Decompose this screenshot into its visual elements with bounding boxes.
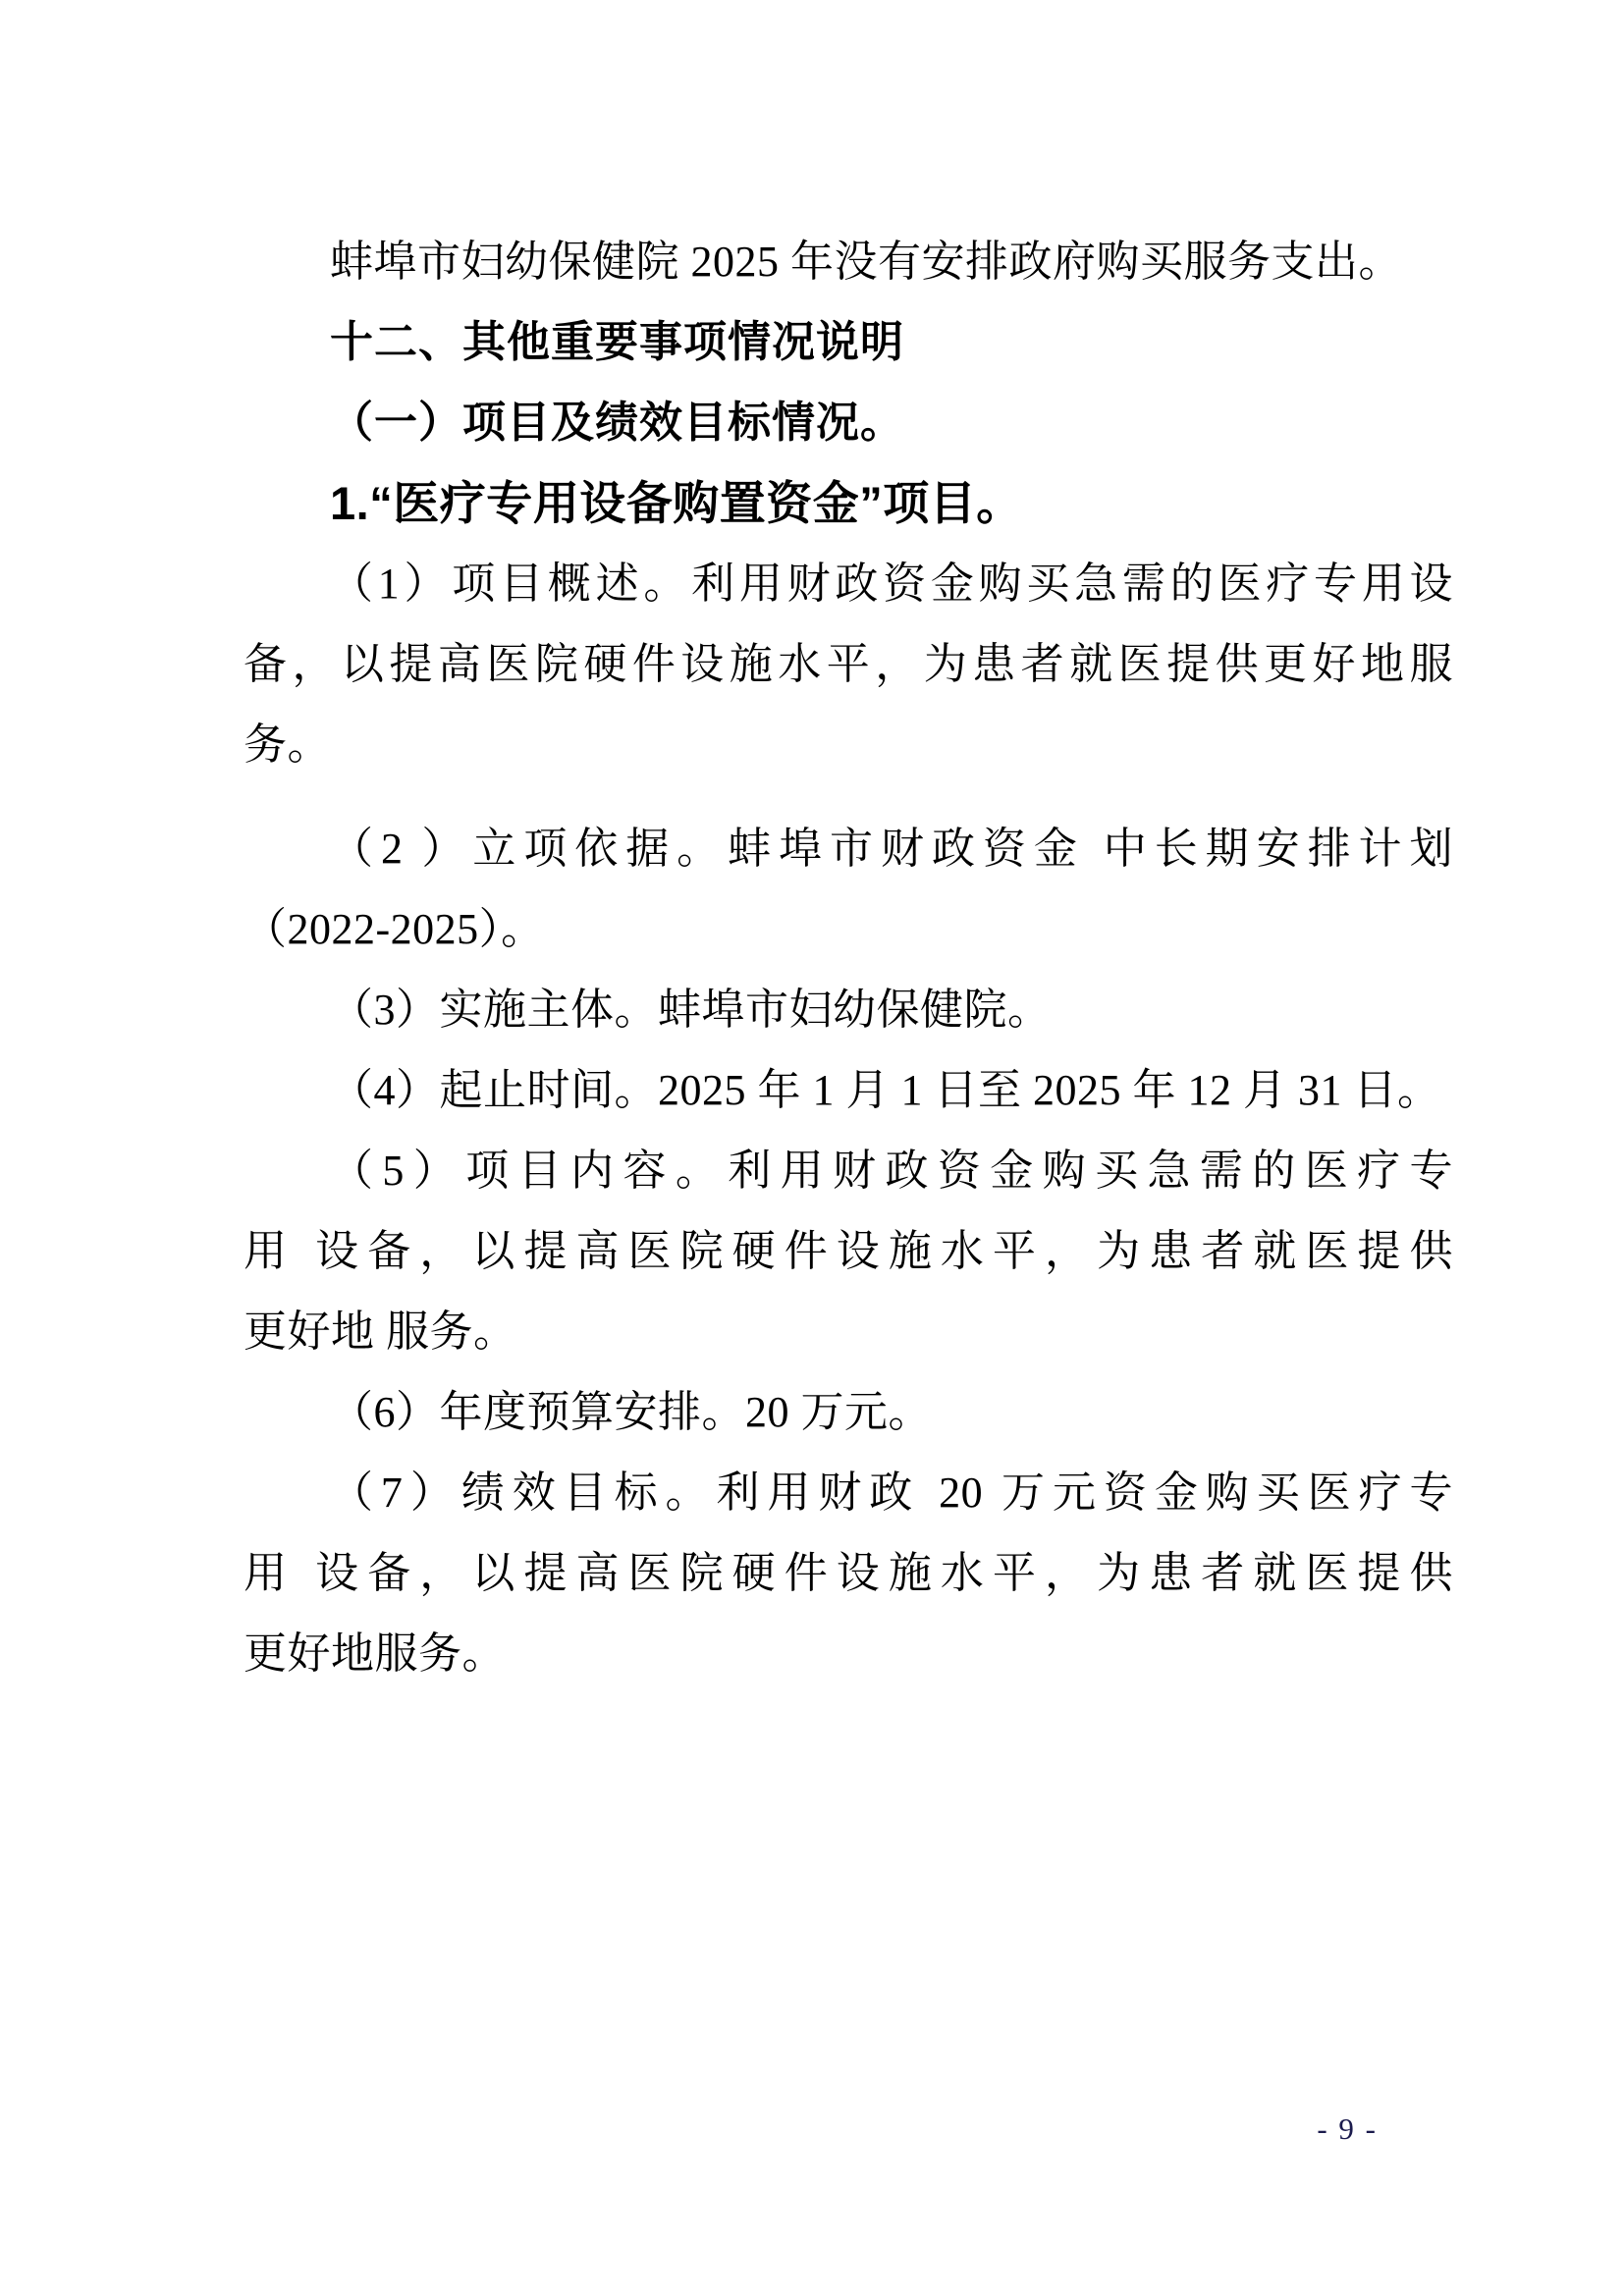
body-line: （1）项目概述。利用财政资金购买急需的医疗专用设: [244, 544, 1453, 624]
body-line: 蚌埠市妇幼保健院 2025 年没有安排政府购买服务支出。: [244, 222, 1453, 302]
project-heading: 1.“医疗专用设备购置资金”项目。: [244, 463, 1453, 544]
body-line: （2022-2025）。: [244, 889, 1453, 970]
body-line: 用 设备，以提高医院硬件设施水平，为患者就医提供: [244, 1211, 1453, 1292]
page-number: - 9 -: [1317, 2107, 1378, 2152]
subsection-heading: （一）项目及绩效目标情况。: [244, 383, 1453, 463]
body-line: （6）年度预算安排。20 万元。: [244, 1372, 1453, 1453]
body-line: （3）实施主体。蚌埠市妇幼保健院。: [244, 970, 1453, 1050]
section-heading: 十二、其他重要事项情况说明: [244, 302, 1453, 383]
body-line: 更好地 服务。: [244, 1292, 1453, 1372]
body-line: 更好地服务。: [244, 1614, 1453, 1694]
document-page: 蚌埠市妇幼保健院 2025 年没有安排政府购买服务支出。十二、其他重要事项情况说…: [0, 0, 1624, 2296]
body-line: 务。: [244, 705, 1453, 785]
body-line: 备，以提高医院硬件设施水平，为患者就医提供更好地服: [244, 624, 1453, 705]
document-text-block: 蚌埠市妇幼保健院 2025 年没有安排政府购买服务支出。十二、其他重要事项情况说…: [244, 222, 1453, 1694]
body-line: （2 ）立项依据。蚌埠市财政资金 中长期安排计划: [244, 809, 1453, 889]
body-line: 用 设备，以提高医院硬件设施水平，为患者就医提供: [244, 1533, 1453, 1614]
body-line: （7）绩效目标。利用财政 20 万元资金购买医疗专: [244, 1453, 1453, 1533]
body-line: （5）项目内容。利用财政资金购买急需的医疗专: [244, 1131, 1453, 1211]
body-line: （4）起止时间。2025 年 1 月 1 日至 2025 年 12 月 31 日…: [244, 1050, 1453, 1131]
